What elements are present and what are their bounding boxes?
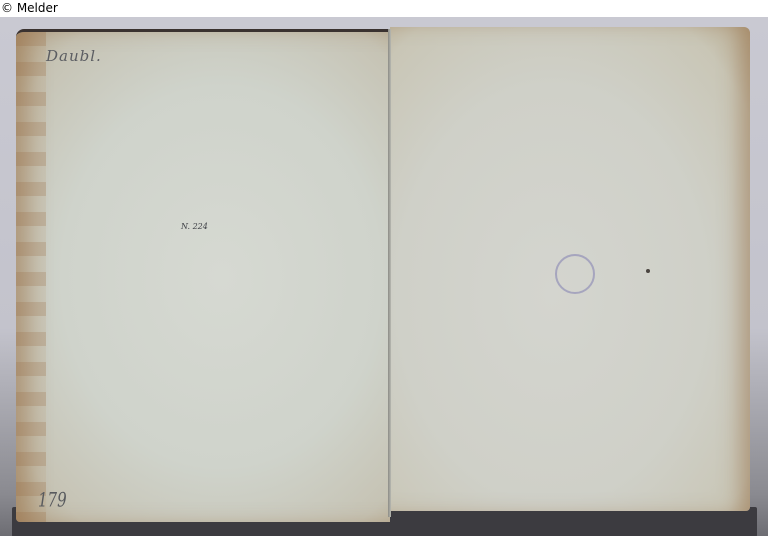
handwritten-number: N. 224: [181, 222, 208, 231]
left-page: [16, 29, 390, 522]
handwritten-inscription: Daubl.: [46, 47, 102, 65]
book-gutter: [388, 29, 391, 517]
book-photo: Daubl. N. 224 179: [0, 17, 768, 536]
ink-spot: [646, 269, 650, 273]
corner-number: 179: [38, 488, 67, 511]
library-stamp-icon: [555, 254, 595, 294]
copyright-credit: © Melder: [0, 0, 768, 17]
foxing-stain: [16, 32, 46, 522]
